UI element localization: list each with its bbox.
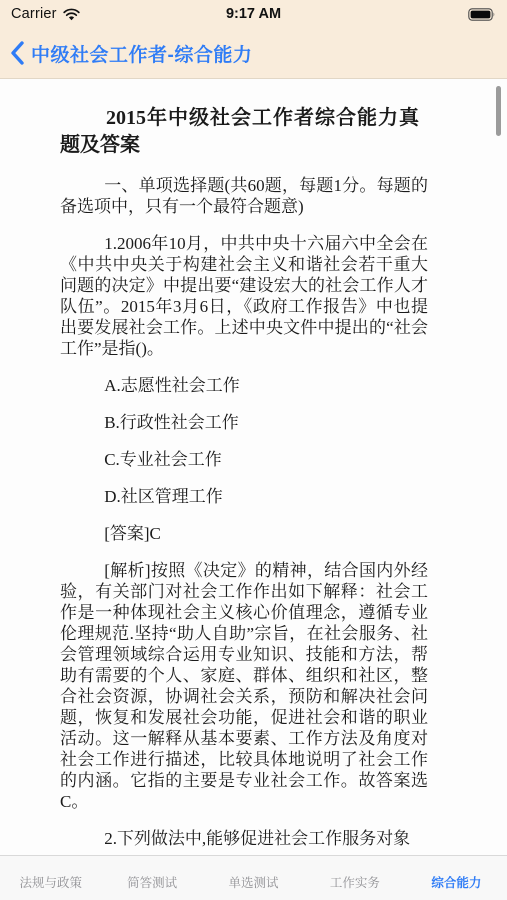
back-button[interactable]: 中级社会工作者-综合能力	[10, 40, 252, 67]
nav-back-title: 中级社会工作者-综合能力	[31, 40, 252, 67]
option-a: A.志愿性社会工作	[60, 375, 428, 396]
document-view[interactable]: 2015年中级社会工作者综合能力真题及答案 一、单项选择题(共60题，每题1分。…	[0, 79, 507, 855]
document-title: 2015年中级社会工作者综合能力真题及答案	[60, 105, 419, 159]
section-heading: 一、单项选择题(共60题，每题1分。每题的备选项中，只有一个最符合题意)	[60, 175, 428, 217]
battery-icon	[468, 8, 496, 21]
scrollbar-thumb[interactable]	[496, 86, 501, 136]
status-bar: Carrier 9:17 AM	[0, 0, 507, 28]
tab-work-practice[interactable]: 工作实务	[304, 873, 405, 900]
answer-text: [答案]C	[60, 523, 428, 544]
question-text: 1.2006年10月，中共中央十六届六中全会在《中共中央关于构建社会主义和谐社会…	[60, 233, 428, 359]
next-question-partial: 2.下列做法中,能够促进社会工作服务对象	[60, 828, 428, 849]
tab-short-answer-test[interactable]: 简答测试	[101, 873, 202, 900]
tab-laws-policies[interactable]: 法规与政策	[0, 873, 101, 900]
analysis-text: [解析]按照《决定》的精神，结合国内外经验，有关部门对社会工作作出如下解释：社会…	[60, 560, 428, 812]
tab-single-choice-test[interactable]: 单选测试	[203, 873, 304, 900]
tab-bar: 法规与政策 简答测试 单选测试 工作实务 综合能力	[0, 855, 507, 900]
status-time: 9:17 AM	[0, 6, 507, 22]
nav-bar: 中级社会工作者-综合能力	[0, 28, 507, 79]
option-b: B.行政性社会工作	[60, 412, 428, 433]
chevron-left-icon	[10, 41, 24, 65]
app-screen: Carrier 9:17 AM 中级社会工作者-综合能力	[0, 0, 507, 900]
option-d: D.社区管理工作	[60, 486, 428, 507]
option-c: C.专业社会工作	[60, 449, 428, 470]
tab-comprehensive-ability[interactable]: 综合能力	[406, 873, 507, 900]
